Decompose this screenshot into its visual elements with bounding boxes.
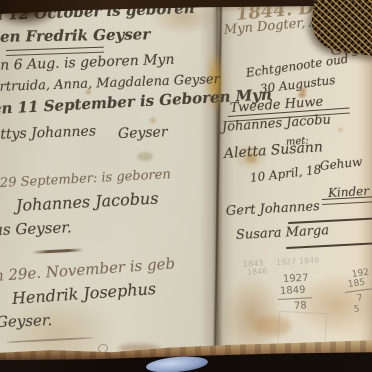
surname-geyser-3: Geyser. — [0, 311, 52, 331]
foxing-spot — [150, 118, 156, 123]
pencil-result: 78 — [294, 300, 307, 312]
pencil-minuend: 1927 — [283, 273, 309, 285]
pencil-col2-result-b: 5 — [353, 304, 360, 315]
pencil-faint-1846: 1846 — [247, 267, 268, 277]
surname-geyser: Geyser — [118, 124, 168, 142]
pencil-subtrahend: 1849 — [280, 285, 306, 297]
name-fredrik-geyser: oen Fredrik Geyser — [0, 25, 150, 46]
foxing-spot — [338, 128, 343, 132]
surname-geyser-2: as Geyser. — [0, 218, 72, 239]
pencil-smudge — [137, 152, 153, 161]
photograph-register-book: n 12 October is geboren oen Fredrik Geys… — [0, 0, 372, 372]
pencil-col2-result-a: 7 — [356, 293, 363, 304]
